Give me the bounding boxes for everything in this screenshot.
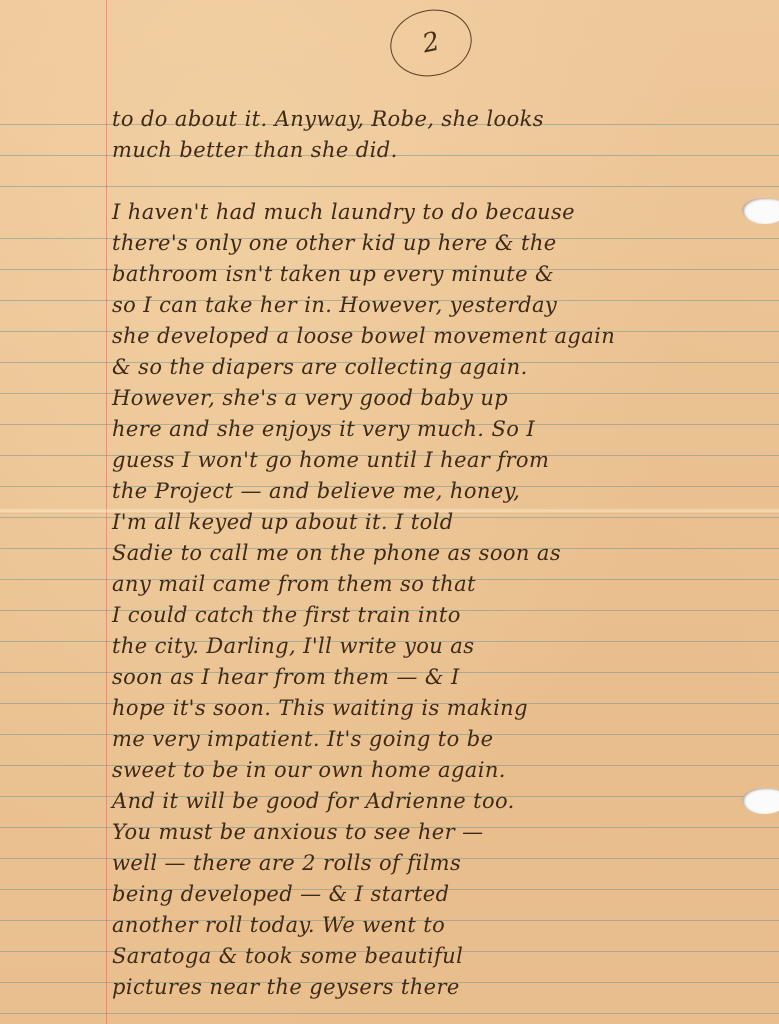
letter-line: You must be anxious to see her — bbox=[108, 817, 768, 848]
letter-page: 2 to do about it. Anyway, Robe, she look… bbox=[0, 0, 779, 1024]
letter-line: she developed a loose bowel movement aga… bbox=[108, 321, 768, 352]
letter-line: here and she enjoys it very much. So I bbox=[108, 414, 768, 445]
letter-line: guess I won't go home until I hear from bbox=[108, 445, 768, 476]
letter-line: And it will be good for Adrienne too. bbox=[108, 786, 768, 817]
letter-line: being developed — & I started bbox=[108, 879, 768, 910]
letter-line: Saratoga & took some beautiful bbox=[108, 941, 768, 972]
letter-line: I could catch the first train into bbox=[108, 600, 768, 631]
letter-line: any mail came from them so that bbox=[108, 569, 768, 600]
letter-line: However, she's a very good baby up bbox=[108, 383, 768, 414]
letter-line: pictures near the geysers there bbox=[108, 972, 768, 1003]
letter-line: bathroom isn't taken up every minute & bbox=[108, 259, 768, 290]
letter-body: to do about it. Anyway, Robe, she looks … bbox=[108, 104, 768, 1003]
letter-line: I'm all keyed up about it. I told bbox=[108, 507, 768, 538]
letter-line: me very impatient. It's going to be bbox=[108, 724, 768, 755]
letter-line: to do about it. Anyway, Robe, she looks bbox=[108, 104, 768, 135]
letter-line: the Project — and believe me, honey, bbox=[108, 476, 768, 507]
letter-line bbox=[108, 166, 768, 197]
letter-line: well — there are 2 rolls of films bbox=[108, 848, 768, 879]
letter-line: & so the diapers are collecting again. bbox=[108, 352, 768, 383]
letter-line: there's only one other kid up here & the bbox=[108, 228, 768, 259]
page-number: 2 bbox=[420, 27, 442, 60]
letter-line: so I can take her in. However, yesterday bbox=[108, 290, 768, 321]
letter-line: soon as I hear from them — & I bbox=[108, 662, 768, 693]
letter-line: I haven't had much laundry to do because bbox=[108, 197, 768, 228]
letter-line: another roll today. We went to bbox=[108, 910, 768, 941]
letter-line: sweet to be in our own home again. bbox=[108, 755, 768, 786]
letter-line: hope it's soon. This waiting is making bbox=[108, 693, 768, 724]
page-number-circled: 2 bbox=[384, 2, 478, 84]
letter-line: much better than she did. bbox=[108, 135, 768, 166]
letter-line: Sadie to call me on the phone as soon as bbox=[108, 538, 768, 569]
letter-line: the city. Darling, I'll write you as bbox=[108, 631, 768, 662]
